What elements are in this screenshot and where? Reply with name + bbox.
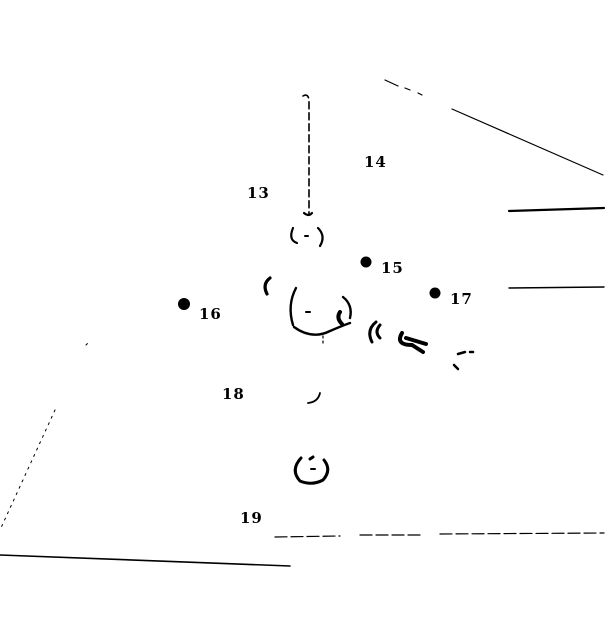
frame-line-left-dotted [0, 343, 88, 530]
crescent-left [265, 278, 270, 294]
point-label-15: 15 [381, 261, 404, 276]
point-label-19: 19 [240, 511, 263, 526]
frame-line-bottom [0, 555, 290, 566]
frame-line-top-dotted [385, 80, 422, 95]
point-label-17: 17 [450, 292, 473, 307]
point-16-dot [178, 298, 190, 310]
ring-glyph-bottom [295, 457, 328, 483]
ring-glyph-top [291, 213, 322, 246]
tick-marks [454, 352, 473, 369]
point-label-13: 13 [247, 186, 270, 201]
vertical-axis [303, 95, 309, 215]
tail-shape [400, 333, 426, 352]
point-17-dot [430, 288, 441, 299]
point-label-16: 16 [199, 307, 222, 322]
frame-line-top [452, 109, 603, 175]
diagram-drawing [0, 0, 608, 639]
hook-stroke [308, 393, 320, 403]
diagram-canvas: 14 13 15 16 17 18 19 [0, 0, 608, 639]
point-15-dot [361, 257, 372, 268]
frame-line-right-1 [509, 208, 604, 211]
point-label-14: 14 [364, 155, 387, 170]
point-label-18: 18 [222, 387, 245, 402]
frame-line-bottom-dashed [275, 533, 604, 537]
ring-glyph-right [370, 322, 380, 342]
frame-line-right-2 [509, 287, 604, 288]
